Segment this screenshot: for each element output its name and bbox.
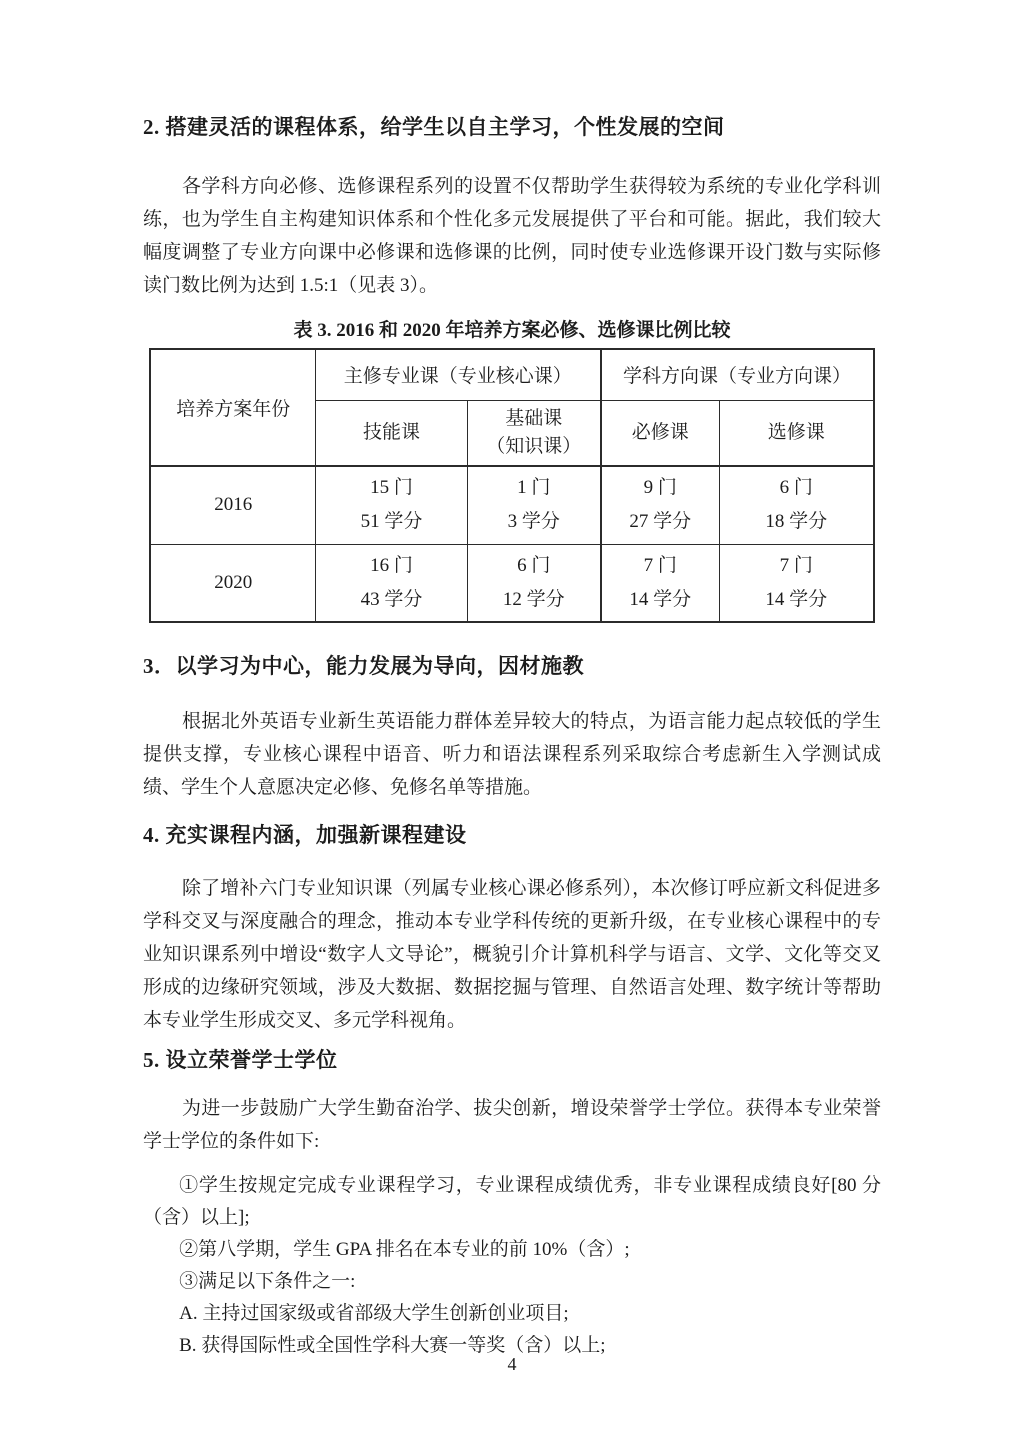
section-2-paragraph: 各学科方向必修、选修课程系列的设置不仅帮助学生获得较为系统的专业化学科训练，也为… [143, 170, 881, 302]
data-cell: 7 门 14 学分 [720, 544, 874, 622]
document-page: 2. 搭建灵活的课程体系，给学生以自主学习，个性发展的空间 各学科方向必修、选修… [0, 0, 1024, 1447]
section-3-paragraph: 根据北外英语专业新生英语能力群体差异较大的特点，为语言能力起点较低的学生提供支撑… [143, 705, 881, 804]
table-col-skill-header: 技能课 [315, 400, 467, 466]
table-col-required-header: 必修课 [601, 400, 720, 466]
data-cell: 6 门 12 学分 [467, 544, 600, 622]
data-cell: 15 门 51 学分 [315, 466, 467, 544]
list-item-3: ③满足以下条件之一: [143, 1266, 881, 1298]
table-col-foundation-header: 基础课 （知识课） [467, 400, 600, 466]
section-4-paragraph: 除了增补六门专业知识课（列属专业核心课必修系列），本次修订呼应新文科促进多学科交… [143, 872, 881, 1037]
table-col-elective-header: 选修课 [720, 400, 874, 466]
year-cell: 2016 [150, 466, 315, 544]
data-cell: 1 门 3 学分 [467, 466, 600, 544]
year-cell: 2020 [150, 544, 315, 622]
section-4-heading: 4. 充实课程内涵，加强新课程建设 [143, 820, 881, 850]
section-2-heading: 2. 搭建灵活的课程体系，给学生以自主学习，个性发展的空间 [143, 112, 881, 142]
table-row-2020: 2020 16 门 43 学分 6 门 12 学分 7 门 14 学分 7 门 … [150, 544, 873, 622]
data-cell: 9 门 27 学分 [601, 466, 720, 544]
table-3-title: 表 3. 2016 和 2020 年培养方案必修、选修课比例比较 [143, 318, 881, 344]
section-3-heading: 3．以学习为中心，能力发展为导向，因材施教 [143, 651, 881, 681]
list-item-2: ②第八学期，学生 GPA 排名在本专业的前 10%（含）; [143, 1234, 881, 1266]
data-cell: 6 门 18 学分 [720, 466, 874, 544]
data-cell: 7 门 14 学分 [601, 544, 720, 622]
page-number: 4 [0, 1354, 1024, 1375]
table-row-2016: 2016 15 门 51 学分 1 门 3 学分 9 门 27 学分 6 门 1… [150, 466, 873, 544]
table-3: 培养方案年份 主修专业课（专业核心课） 学科方向课（专业方向课） 技能课 基础课… [149, 348, 874, 623]
section-5-paragraph: 为进一步鼓励广大学生勤奋治学、拔尖创新，增设荣誉学士学位。获得本专业荣誉学士学位… [143, 1092, 881, 1158]
list-item-1: ①学生按规定完成专业课程学习，专业课程成绩优秀，非专业课程成绩良好[80 分（含… [143, 1170, 881, 1234]
table-row-header-cell: 培养方案年份 [150, 349, 315, 466]
section-5-heading: 5. 设立荣誉学士学位 [143, 1045, 881, 1075]
table-group-2-header: 学科方向课（专业方向课） [601, 349, 874, 400]
table-group-1-header: 主修专业课（专业核心课） [315, 349, 600, 400]
data-cell: 16 门 43 学分 [315, 544, 467, 622]
honours-conditions-list: ①学生按规定完成专业课程学习，专业课程成绩优秀，非专业课程成绩良好[80 分（含… [143, 1170, 881, 1362]
list-item-4: A. 主持过国家级或省部级大学生创新创业项目; [143, 1298, 881, 1330]
